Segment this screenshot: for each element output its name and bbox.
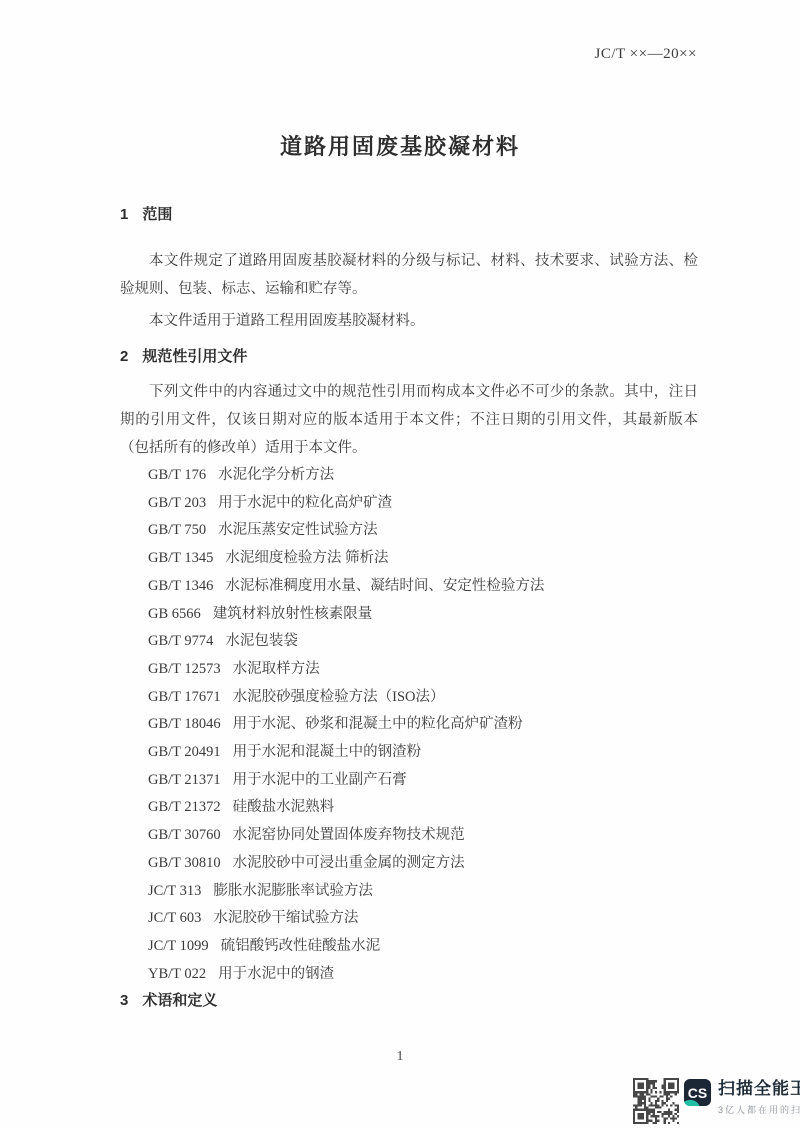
section-1-heading: 1范围 <box>120 204 698 226</box>
reference-title: 水泥胶砂干缩试验方法 <box>213 910 358 926</box>
section-2-number: 2 <box>120 346 128 368</box>
reference-item: GB/T 9774水泥包装袋 <box>148 628 698 656</box>
references-intro-paragraph: 下列文件中的内容通过文中的规范性引用而构成本文件必不可少的条款。其中，注日期的引… <box>120 378 698 462</box>
reference-title: 用于水泥和混凝土中的钢渣粉 <box>233 744 422 760</box>
reference-item: GB/T 17671水泥胶砂强度检验方法（ISO法） <box>148 684 698 712</box>
reference-title: 水泥压蒸安定性试验方法 <box>218 522 378 538</box>
section-3-number: 3 <box>120 990 128 1012</box>
reference-code: GB/T 20491 <box>148 739 221 767</box>
standard-code: JC/T ××—20×× <box>595 46 698 63</box>
scope-paragraph-1: 本文件规定了道路用固废基胶凝材料的分级与标记、材料、技术要求、试验方法、检验规则… <box>120 247 698 303</box>
reference-code: GB/T 203 <box>148 490 206 518</box>
section-1-number: 1 <box>120 204 128 226</box>
reference-title: 水泥窑协同处置固体废弃物技术规范 <box>233 827 465 843</box>
reference-title: 水泥包装袋 <box>225 633 298 649</box>
reference-title: 水泥化学分析方法 <box>218 467 334 483</box>
reference-item: GB/T 20491用于水泥和混凝土中的钢渣粉 <box>148 739 698 767</box>
reference-code: GB/T 17671 <box>148 684 221 712</box>
reference-item: JC/T 1099硫铝酸钙改性硅酸盐水泥 <box>148 933 698 961</box>
reference-code: GB 6566 <box>148 601 201 629</box>
reference-title: 硅酸盐水泥熟料 <box>233 799 335 815</box>
reference-title: 水泥胶砂中可浸出重金属的测定方法 <box>233 855 465 871</box>
reference-code: JC/T 313 <box>148 878 201 906</box>
reference-title: 用于水泥中的工业副产石膏 <box>233 772 407 788</box>
reference-list: GB/T 176水泥化学分析方法 GB/T 203用于水泥中的粒化高炉矿渣 GB… <box>120 462 698 988</box>
reference-item: GB/T 30810水泥胶砂中可浸出重金属的测定方法 <box>148 850 698 878</box>
reference-item: GB/T 1345水泥细度检验方法 筛析法 <box>148 545 698 573</box>
reference-item: GB/T 12573水泥取样方法 <box>148 656 698 684</box>
qr-code-icon <box>633 1078 679 1124</box>
scope-paragraph-2: 本文件适用于道路工程用固废基胶凝材料。 <box>120 307 698 335</box>
camscanner-logo-icon: CS <box>684 1079 711 1106</box>
reference-item: JC/T 313膨胀水泥膨胀率试验方法 <box>148 878 698 906</box>
reference-code: GB/T 21372 <box>148 794 221 822</box>
document-body: 1范围 本文件规定了道路用固废基胶凝材料的分级与标记、材料、技术要求、试验方法、… <box>120 204 698 1012</box>
section-3-title: 术语和定义 <box>142 992 217 1009</box>
reference-code: JC/T 603 <box>148 905 201 933</box>
reference-item: GB/T 750水泥压蒸安定性试验方法 <box>148 517 698 545</box>
reference-code: GB/T 1345 <box>148 545 213 573</box>
reference-code: GB/T 12573 <box>148 656 221 684</box>
document-page: JC/T ××—20×× 道路用固废基胶凝材料 1范围 本文件规定了道路用固废基… <box>0 0 800 1130</box>
reference-title: 用于水泥中的钢渣 <box>218 966 334 982</box>
reference-code: GB/T 9774 <box>148 628 213 656</box>
reference-title: 水泥细度检验方法 筛析法 <box>225 550 388 566</box>
reference-code: GB/T 18046 <box>148 711 221 739</box>
reference-item: GB/T 21371用于水泥中的工业副产石膏 <box>148 767 698 795</box>
reference-title: 水泥胶砂强度检验方法（ISO法） <box>233 689 445 705</box>
reference-code: GB/T 30760 <box>148 822 221 850</box>
reference-title: 建筑材料放射性核素限量 <box>213 606 373 622</box>
page-number: 1 <box>0 1049 800 1065</box>
reference-code: GB/T 750 <box>148 517 206 545</box>
reference-title: 水泥标准稠度用水量、凝结时间、安定性检验方法 <box>225 578 544 594</box>
document-title: 道路用固废基胶凝材料 <box>0 130 800 161</box>
watermark-text: 扫描全能王 3亿人都在用的扫描App <box>718 1078 800 1116</box>
reference-title: 硫铝酸钙改性硅酸盐水泥 <box>221 938 381 954</box>
reference-item: GB/T 1346水泥标准稠度用水量、凝结时间、安定性检验方法 <box>148 573 698 601</box>
reference-item: YB/T 022用于水泥中的钢渣 <box>148 961 698 989</box>
camscanner-watermark: CS 扫描全能王 3亿人都在用的扫描App <box>633 1077 800 1127</box>
reference-title: 用于水泥、砂浆和混凝土中的粒化高炉矿渣粉 <box>233 716 523 732</box>
reference-code: GB/T 21371 <box>148 767 221 795</box>
section-2-title: 规范性引用文件 <box>142 348 247 365</box>
reference-code: GB/T 176 <box>148 462 206 490</box>
reference-item: JC/T 603水泥胶砂干缩试验方法 <box>148 905 698 933</box>
reference-item: GB/T 176水泥化学分析方法 <box>148 462 698 490</box>
section-2-heading: 2规范性引用文件 <box>120 346 698 368</box>
reference-code: JC/T 1099 <box>148 933 209 961</box>
reference-title: 膨胀水泥膨胀率试验方法 <box>213 883 373 899</box>
reference-code: YB/T 022 <box>148 961 206 989</box>
cs-logo-text: CS <box>688 1086 707 1100</box>
reference-code: GB/T 1346 <box>148 573 213 601</box>
app-name: 扫描全能王 <box>718 1078 800 1100</box>
reference-title: 水泥取样方法 <box>233 661 320 677</box>
reference-item: GB 6566建筑材料放射性核素限量 <box>148 601 698 629</box>
reference-item: GB/T 203用于水泥中的粒化高炉矿渣 <box>148 490 698 518</box>
section-3-heading: 3术语和定义 <box>120 990 698 1012</box>
reference-title: 用于水泥中的粒化高炉矿渣 <box>218 495 392 511</box>
reference-item: GB/T 18046用于水泥、砂浆和混凝土中的粒化高炉矿渣粉 <box>148 711 698 739</box>
app-tagline: 3亿人都在用的扫描App <box>718 1103 800 1116</box>
reference-item: GB/T 30760水泥窑协同处置固体废弃物技术规范 <box>148 822 698 850</box>
section-1-title: 范围 <box>142 206 172 223</box>
reference-item: GB/T 21372硅酸盐水泥熟料 <box>148 794 698 822</box>
reference-code: GB/T 30810 <box>148 850 221 878</box>
